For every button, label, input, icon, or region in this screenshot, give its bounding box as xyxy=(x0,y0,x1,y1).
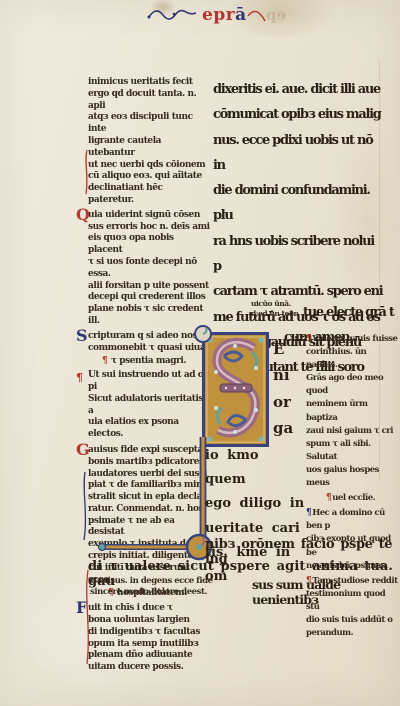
paraph-mark-icon: ¶ xyxy=(306,334,311,344)
gloss-text: Videtur gauis fuisse corinthius. ūn paul… xyxy=(306,334,397,488)
header-title-blue: ā xyxy=(235,5,246,25)
gloss-text: τ psentia magri. xyxy=(111,356,186,366)
bible-line-tue-electe: tue electe grā t xyxy=(303,300,394,325)
left-gloss-footer: Gauisus. in degens ecce fide sincere mod… xyxy=(90,576,255,597)
gloss-block: ¶ τ psentia magri. xyxy=(88,356,210,368)
gloss-dropcap: S xyxy=(76,328,87,344)
gloss-text: uia uiderint signū cōsen sus erroris hoc… xyxy=(88,210,210,326)
gloss-dropcap: G xyxy=(76,442,89,458)
gloss-text: cripturam q si adeo nos commonebit τ qua… xyxy=(88,331,205,353)
illuminated-initial-S xyxy=(202,332,269,447)
gloss-text: inimicus ueritatis fecit ergo qd docuit … xyxy=(88,77,205,205)
header-title-red: epr xyxy=(202,5,235,25)
bible-initial-stack: E ni or ga xyxy=(273,336,293,441)
initial-corner-curl-icon xyxy=(191,322,215,346)
paraph-mark-icon: ¶ xyxy=(326,493,331,503)
gloss-text: Ut sui instruendo ut ad os pi Sicut adul… xyxy=(88,370,208,439)
manuscript-page: eprā ep inimicus ueritatis fecit ergo qd… xyxy=(0,0,400,706)
bible-last-line: sus sum ualde uenientibз xyxy=(252,577,400,607)
gloss-block: Q uia uiderint signū cōsen sus erroris h… xyxy=(88,210,210,328)
paraph-mark-icon: ¶ xyxy=(306,508,311,518)
paraph-mark-icon: ¶ xyxy=(102,356,107,366)
header-tail-flourish-icon xyxy=(246,6,266,24)
gloss-block: ¶uel ecclīe. xyxy=(306,492,398,505)
gloss-text: uit in chīs i duce τ bona uoluntas largi… xyxy=(88,603,200,672)
blue-descender-flourish-icon xyxy=(80,470,90,542)
paraph-mark-icon: ¶ xyxy=(76,370,83,386)
gloss-fragment: uicūo ūnā. d;ed ūn teōn xyxy=(251,299,307,319)
gloss-dropcap: Q xyxy=(76,207,90,223)
gloss-block: ¶ Ut sui instruendo ut ad os pi Sicut ad… xyxy=(88,370,210,441)
header-flourish-icon xyxy=(146,5,202,25)
gloss-text: uel ecclīe. xyxy=(332,493,375,503)
gloss-block: inimicus ueritatis fecit ergo qd docuit … xyxy=(88,77,210,207)
gloss-block: ¶Videtur gauis fuisse corinthius. ūn pau… xyxy=(306,333,398,490)
red-margin-flourish-icon xyxy=(82,148,92,196)
show-through-text: ep xyxy=(266,6,286,24)
running-header: eprā ep xyxy=(146,2,286,28)
gloss-block: F uit in chīs i duce τ bona uoluntas lar… xyxy=(88,603,210,674)
initial-tail-flourish xyxy=(95,437,217,567)
